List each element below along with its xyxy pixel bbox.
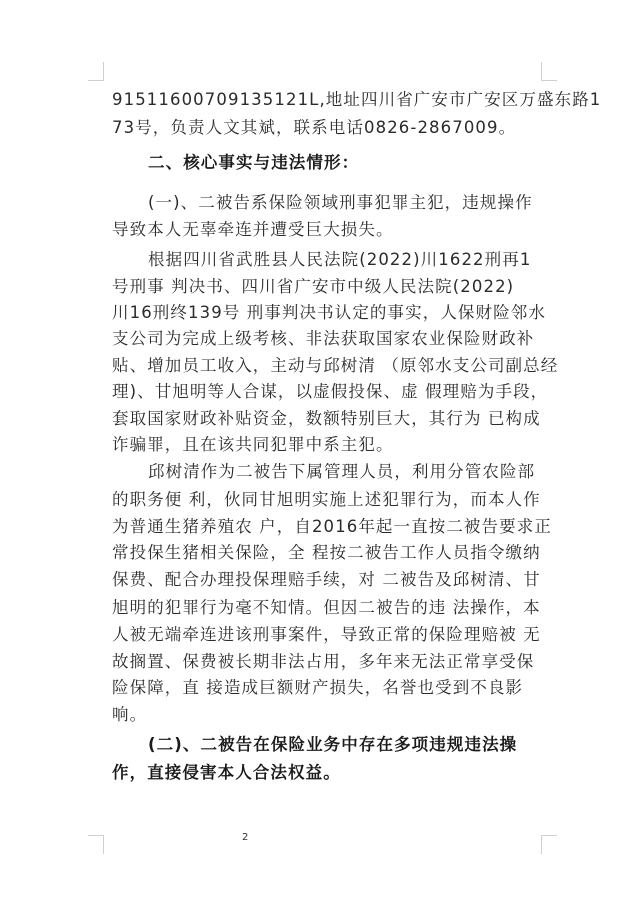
margin-corner-mark-top-right <box>541 62 557 81</box>
text-line: 川16刑终139号 刑事判决书认定的事实，人保财险邻水 <box>112 302 542 324</box>
text-line: 保费、配合办理投保理赔手续，对 二被告及邱树清、甘 <box>112 569 542 591</box>
subsection-heading-one: (一)、二被告系保险领域刑事犯罪主犯，违规操作 <box>148 192 542 214</box>
section-heading-core-facts: 二、核心事实与违法情形： <box>148 152 542 174</box>
text-line: 的职务便 利，伙同甘旭明实施上述犯罪行为，而本人作 <box>112 489 542 511</box>
text-line: 套取国家财政补贴资金，数额特别巨大，其行为 已构成 <box>112 408 542 430</box>
document-page: 91511600709135121L,地址四川省广安市广安区万盛东路1 73号，… <box>0 0 640 900</box>
margin-corner-mark-top-left <box>88 62 104 81</box>
text-line: 人被无端牵连进该刑事案件，导致正常的保险理赔被 无 <box>112 624 542 646</box>
text-line: 诈骗罪，且在该共同犯罪中系主犯。 <box>112 434 542 456</box>
paragraph-start-qiu-shuqing: 邱树清作为二被告下属管理人员，利用分管农险部 <box>148 461 542 483</box>
text-line-contact: 73号，负责人文其斌，联系电话0826-2867009。 <box>112 117 542 139</box>
text-line: 响。 <box>112 704 542 726</box>
margin-corner-mark-bottom-right <box>541 835 557 854</box>
text-line: 支公司为完成上级考核、非法获取国家农业保险财政补 <box>112 328 542 350</box>
subsection-heading-two-continued: 作，直接侵害本人合法权益。 <box>112 762 542 784</box>
margin-corner-mark-bottom-left <box>88 835 104 854</box>
paragraph-start-court-judgment: 根据四川省武胜县人民法院(2022)川1622刑再1 <box>148 249 542 271</box>
text-line: 理)、甘旭明等人合谋，以虚假投保、虚 假理赔为手段， <box>112 381 542 403</box>
page-number: 2 <box>242 832 248 843</box>
text-line: 为普通生猪养殖农 户，自2016年起一直按二被告要求正 <box>112 516 542 538</box>
text-line: 号刑事 判决书、四川省广安市中级人民法院(2022) <box>112 276 542 298</box>
text-line: 故搁置、保费被长期非法占用，多年来无法正常享受保 <box>112 651 542 673</box>
text-line: 险保障，直 接造成巨额财产损失，名誉也受到不良影 <box>112 677 542 699</box>
text-line-company-id-address: 91511600709135121L,地址四川省广安市广安区万盛东路1 <box>112 89 542 111</box>
text-line: 常投保生猪相关保险，全 程按二被告工作人员指令缴纳 <box>112 542 542 564</box>
text-line: 旭明的犯罪行为毫不知情。但因二被告的违 法操作，本 <box>112 597 542 619</box>
text-line: 导致本人无辜牵连并遭受巨大损失。 <box>112 219 542 241</box>
text-line: 贴、增加员工收入，主动与邱树清 （原邻水支公司副总经 <box>112 355 542 377</box>
subsection-heading-two: (二)、二被告在保险业务中存在多项违规违法操 <box>148 734 542 756</box>
